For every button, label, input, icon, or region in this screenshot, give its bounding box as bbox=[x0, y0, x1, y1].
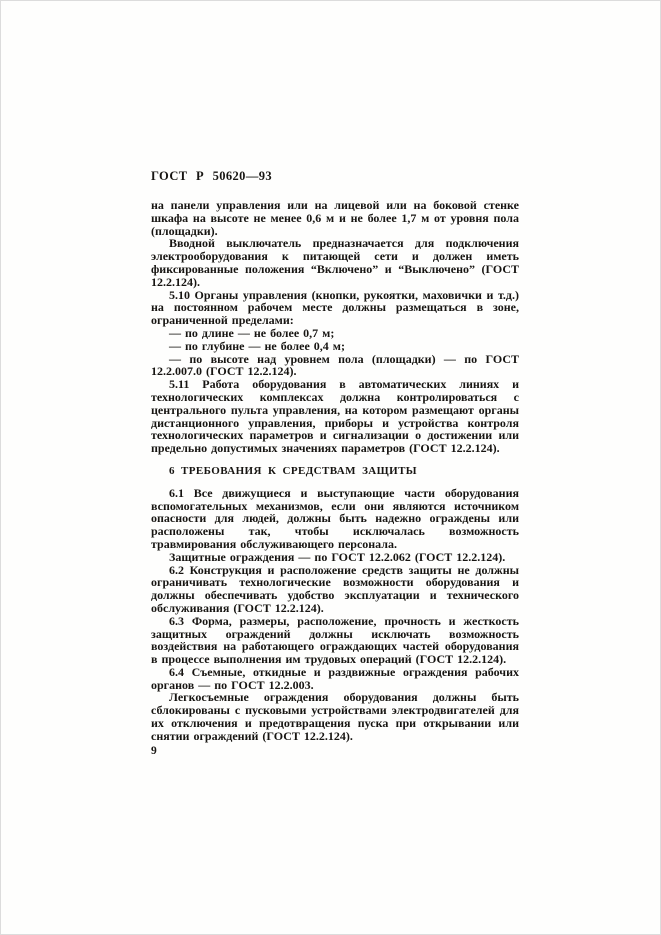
paragraph: 6.2 Конструкция и расположение средств з… bbox=[151, 564, 519, 615]
paragraph: Легкосъемные ограждения оборудования дол… bbox=[151, 691, 519, 742]
paragraph: Вводной выключатель предназначается для … bbox=[151, 237, 519, 288]
document-body: на панели управления или на лицевой или … bbox=[151, 199, 519, 743]
paragraph: 6.1 Все движущиеся и выступающие части о… bbox=[151, 487, 519, 551]
document-page: ГОСТ Р 50620—93 на панели управления или… bbox=[0, 0, 661, 935]
paragraph: 5.11 Работа оборудования в автоматически… bbox=[151, 378, 519, 455]
paragraph: 6.4 Съемные, откидные и раздвижные ограж… bbox=[151, 666, 519, 692]
page-number: 9 bbox=[151, 745, 519, 757]
text-column: ГОСТ Р 50620—93 на панели управления или… bbox=[151, 169, 519, 757]
list-item: — по высоте над уровнем пола (площадки) … bbox=[151, 353, 519, 379]
paragraph: 6.3 Форма, размеры, расположение, прочно… bbox=[151, 615, 519, 666]
list-item: — по длине — не более 0,7 м; bbox=[151, 327, 519, 340]
paragraph: на панели управления или на лицевой или … bbox=[151, 199, 519, 237]
section-heading: 6 ТРЕБОВАНИЯ К СРЕДСТВАМ ЗАЩИТЫ bbox=[151, 465, 519, 478]
paragraph: Защитные ограждения — по ГОСТ 12.2.062 (… bbox=[151, 551, 519, 564]
list-item: — по глубине — не более 0,4 м; bbox=[151, 340, 519, 353]
running-header: ГОСТ Р 50620—93 bbox=[151, 169, 519, 184]
paragraph: 5.10 Органы управления (кнопки, рукоятки… bbox=[151, 289, 519, 327]
